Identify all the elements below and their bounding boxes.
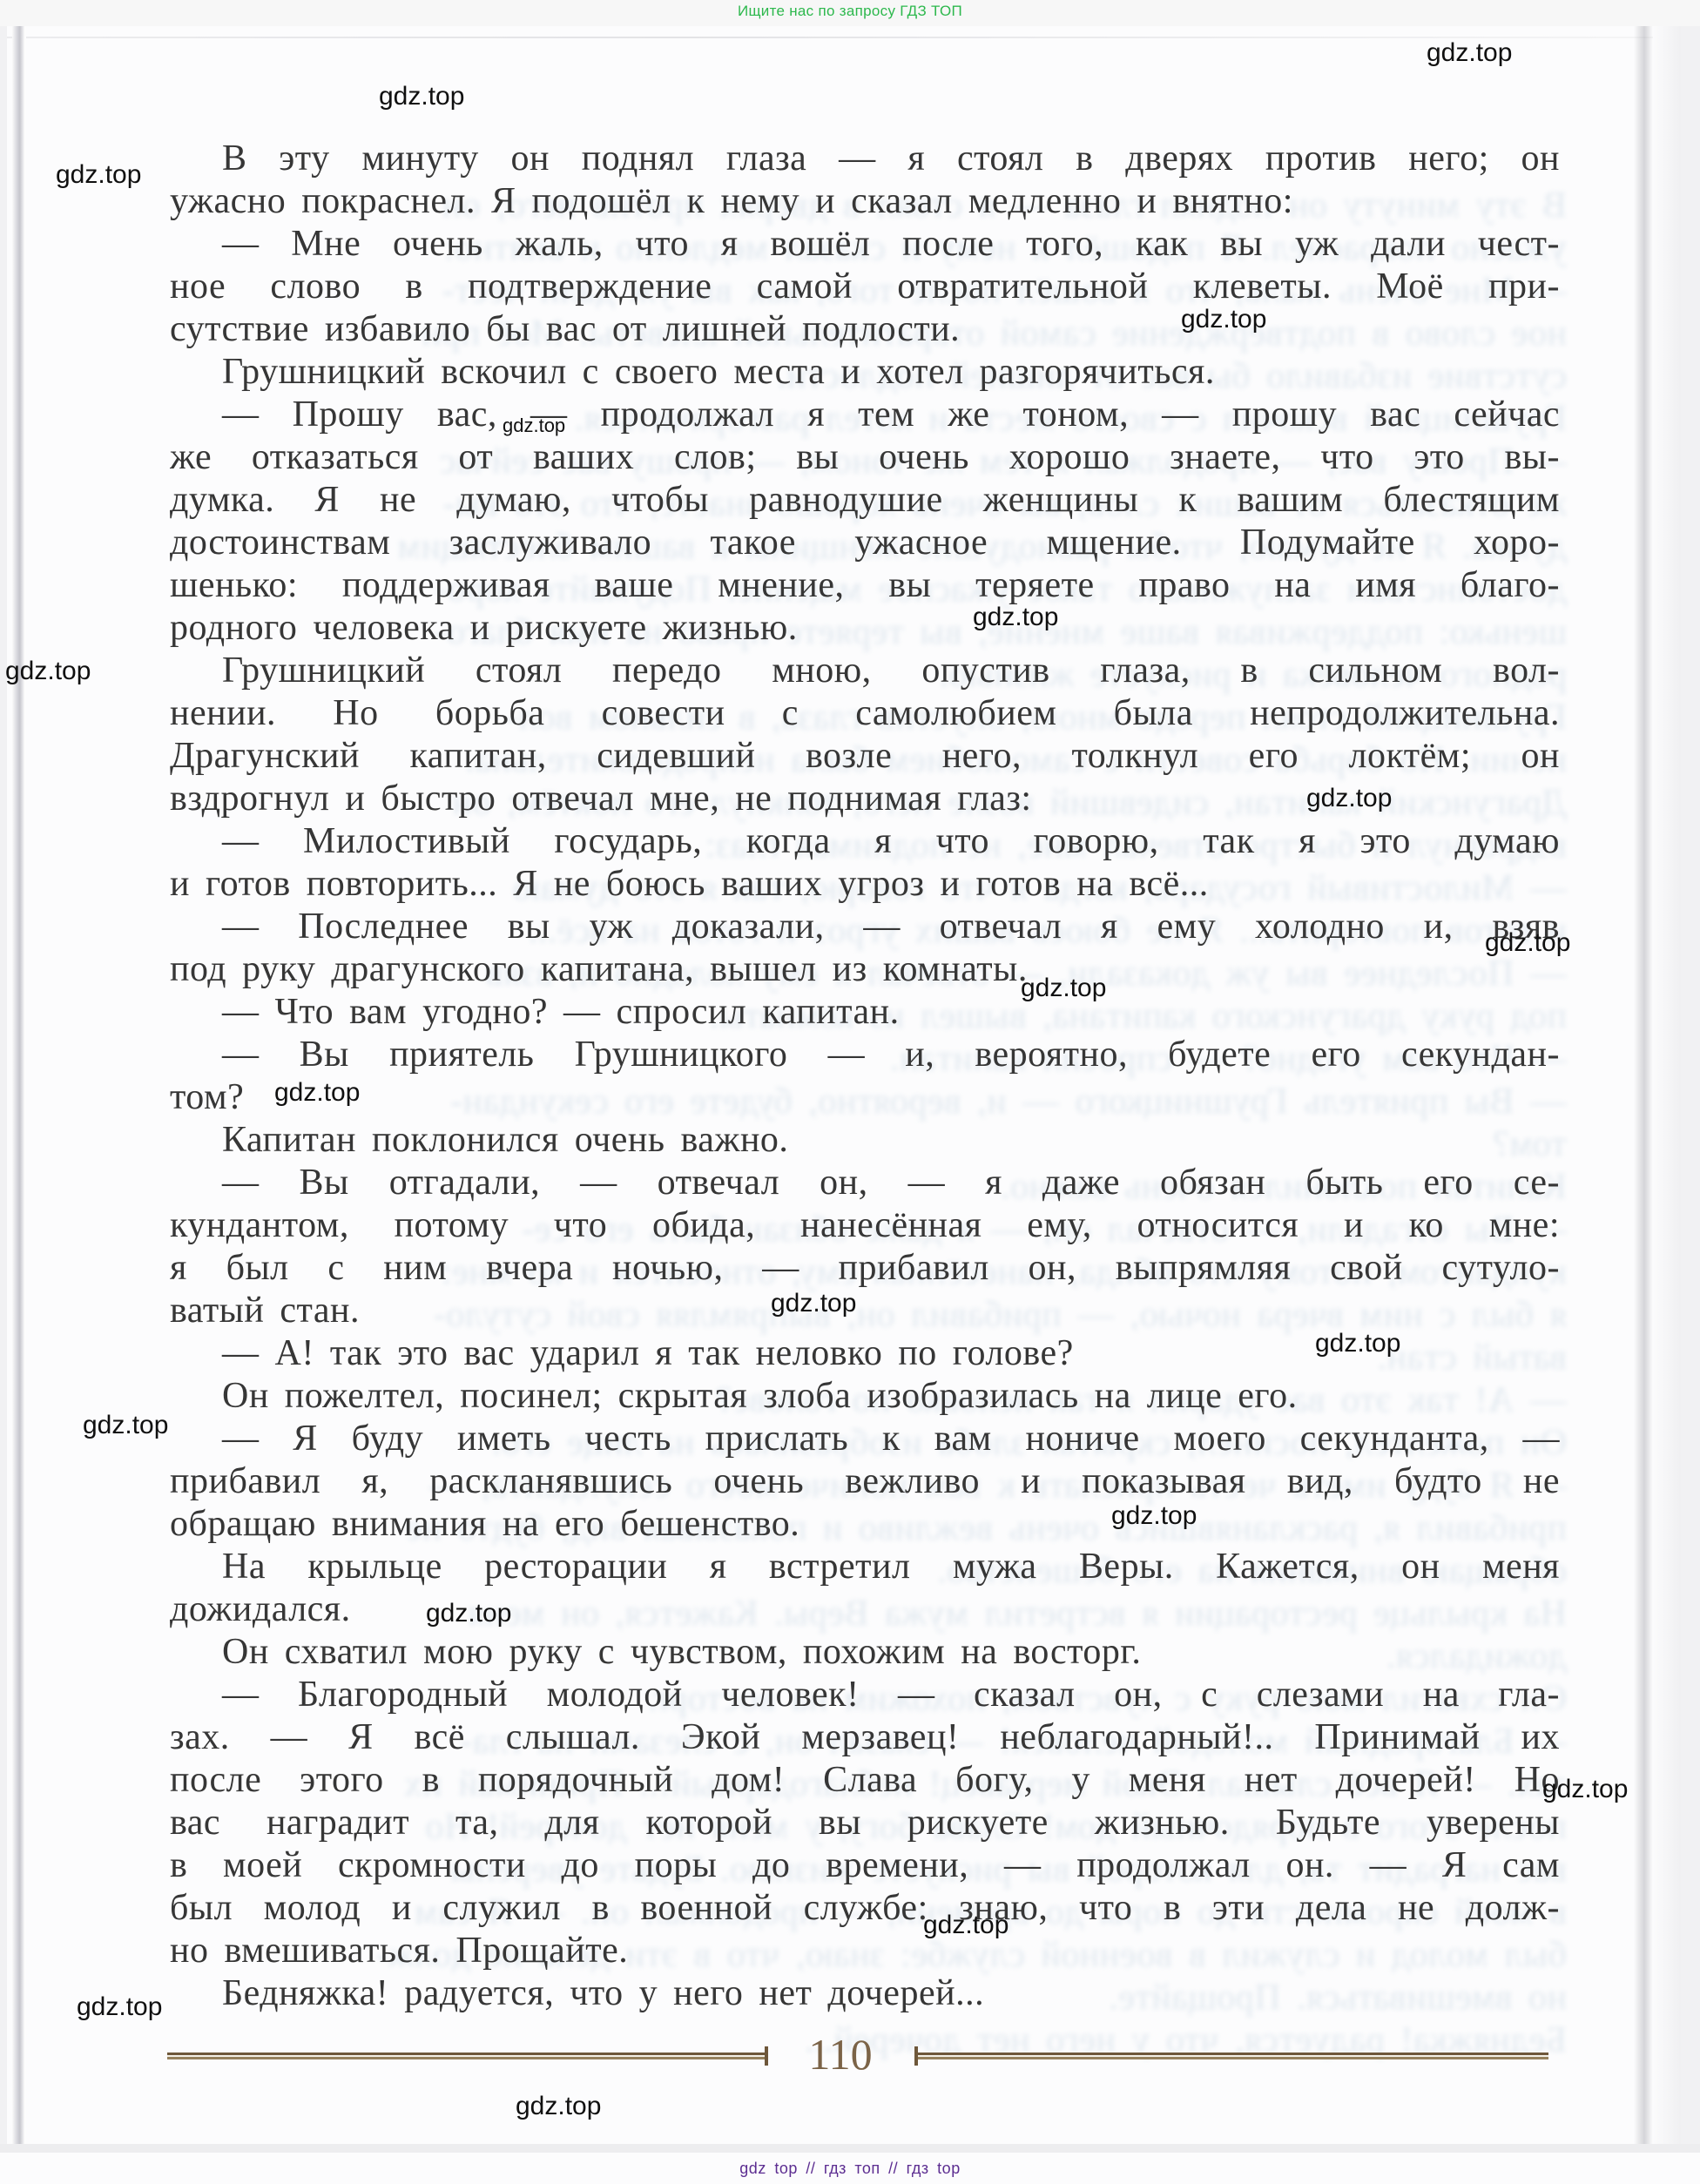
text-line: — Что вам угодно? — спросил капитан. [170, 991, 1560, 1034]
text-line: обращаю внимания на его бешенство. [170, 1503, 1560, 1546]
watermark-gdz-top: gdz.top [83, 1412, 168, 1439]
watermark-gdz-top: gdz.top [516, 2093, 601, 2120]
promo-banner-bottom-text: gdz top // гдз топ // гдз top [739, 2160, 960, 2178]
text-line: В эту минуту он поднял глаза — я стоял в… [170, 138, 1560, 180]
text-line: был молод и служил в военной службе: зна… [170, 1887, 1560, 1930]
text-line: — Благородный молодой человек! — сказал … [170, 1674, 1560, 1716]
text-line: после этого в порядочный дом! Слава богу… [170, 1759, 1560, 1802]
text-line: — Я буду иметь честь прислать к вам нони… [170, 1418, 1560, 1460]
watermark-gdz-top: gdz.top [771, 1291, 856, 1317]
text-line: зах. — Я всё слышал. Экой мерзавец! небл… [170, 1716, 1560, 1759]
watermark-gdz-top: gdz.top [56, 162, 141, 188]
text-line: том? [170, 1076, 1560, 1119]
page-crease-shadow [1634, 26, 1653, 2144]
text-line: в моей скромности до поры до времени, — … [170, 1844, 1560, 1887]
footer-rule-right [918, 2053, 1548, 2059]
watermark-gdz-top: gdz.top [1542, 1776, 1628, 1803]
watermark-gdz-top: gdz.top [1306, 785, 1392, 812]
watermark-gdz-top: gdz.top [426, 1601, 511, 1627]
text-line: Драгунский капитан, сидевший возле него,… [170, 735, 1560, 778]
text-line: — Вы приятель Грушницкого — и, вероятно,… [170, 1034, 1560, 1076]
page-number: 110 [799, 2032, 881, 2076]
footer-rule-tick-left [765, 2046, 768, 2066]
watermark-gdz-top: gdz.top [1485, 930, 1570, 956]
text-line: ватый стан. [170, 1290, 1560, 1332]
text-line: прибавил я, раскланявшись очень вежливо … [170, 1460, 1560, 1503]
watermark-gdz-top: gdz.top [274, 1080, 360, 1106]
text-line: — Прошу вас, — продолжал я тем же тоном,… [170, 394, 1560, 436]
text-line: Грушницкий стоял передо мною, опустив гл… [170, 650, 1560, 692]
text-line: родного человека и рискуете жизнью. [170, 607, 1560, 650]
text-line: Бедняжка! радуется, что у него нет дочер… [170, 1972, 1560, 2015]
text-line: Он схватил мою руку с чувством, похожим … [170, 1631, 1560, 1674]
text-line: нении. Но борьба совести с самолюбием бы… [170, 692, 1560, 735]
text-line: под руку драгунского капитана, вышел из … [170, 948, 1560, 991]
promo-banner-top: Ищите нас по запросу ГДЗ ТОП [0, 0, 1700, 26]
watermark-gdz-top: gdz.top [379, 84, 464, 110]
text-line: — Последнее вы уж доказали, — отвечал я … [170, 906, 1560, 948]
text-line: и готов повторить... Я не боюсь ваших уг… [170, 863, 1560, 906]
watermark-gdz-top: gdz.top [1315, 1331, 1400, 1357]
text-line: вас наградит та, для которой вы рискуете… [170, 1802, 1560, 1844]
text-line: Капитан поклонился очень важно. [170, 1119, 1560, 1162]
next-page-sliver [1653, 26, 1681, 2144]
text-line: сутствие избавило бы вас от лишней подло… [170, 308, 1560, 351]
text-line: Он пожелтел, посинел; скрытая злоба изоб… [170, 1375, 1560, 1418]
watermark-gdz-top: gdz.top [1111, 1503, 1197, 1529]
text-line: — Милостивый государь, когда я что говор… [170, 820, 1560, 863]
promo-banner-top-text: Ищите нас по запросу ГДЗ ТОП [738, 3, 962, 19]
text-line: ужасно покраснел. Я подошёл к нему и ска… [170, 180, 1560, 223]
text-line: кундантом, потому что обида, нанесённая … [170, 1204, 1560, 1247]
watermark-gdz-top: gdz.top [1021, 975, 1106, 1001]
text-line: достоинствам заслуживало такое ужасное м… [170, 522, 1560, 564]
text-line: думка. Я не думаю, чтобы равнодушие женщ… [170, 479, 1560, 522]
body-text: В эту минуту он поднял глаза — я стоял в… [170, 138, 1560, 2015]
text-line: Грушницкий вскочил с своего места и хоте… [170, 351, 1560, 394]
watermark-gdz-top: gdz.top [5, 658, 91, 684]
text-line: ное слово в подтверждение самой отвратит… [170, 266, 1560, 308]
text-line: На крыльце ресторации я встретил мужа Ве… [170, 1546, 1560, 1588]
footer-rule-left [167, 2053, 766, 2059]
text-line: шенько: поддерживая ваше мнение, вы теря… [170, 564, 1560, 607]
page-binding-edge [12, 26, 26, 2144]
watermark-gdz-top: gdz.top [1181, 307, 1266, 333]
text-line: же отказаться от ваших слов; вы очень хо… [170, 436, 1560, 479]
watermark-gdz-top: gdz.top [503, 416, 565, 435]
text-line: дожидался. [170, 1588, 1560, 1631]
watermark-gdz-top: gdz.top [1427, 40, 1512, 66]
text-line: — Вы отгадали, — отвечал он, — я даже об… [170, 1162, 1560, 1204]
watermark-gdz-top: gdz.top [973, 604, 1058, 630]
promo-banner-bottom: gdz top // гдз топ // гдз top [0, 2144, 1700, 2184]
text-line: но вмешиваться. Прощайте. [170, 1930, 1560, 1972]
text-line: — Мне очень жаль, что я вошёл после того… [170, 223, 1560, 266]
scanned-book-screenshot: { "meta": { "top_banner": "Ищите нас по … [0, 0, 1700, 2184]
watermark-gdz-top: gdz.top [923, 1912, 1009, 1938]
text-line: я был с ним вчера ночью, — прибавил он, … [170, 1247, 1560, 1290]
watermark-gdz-top: gdz.top [77, 1994, 162, 2020]
